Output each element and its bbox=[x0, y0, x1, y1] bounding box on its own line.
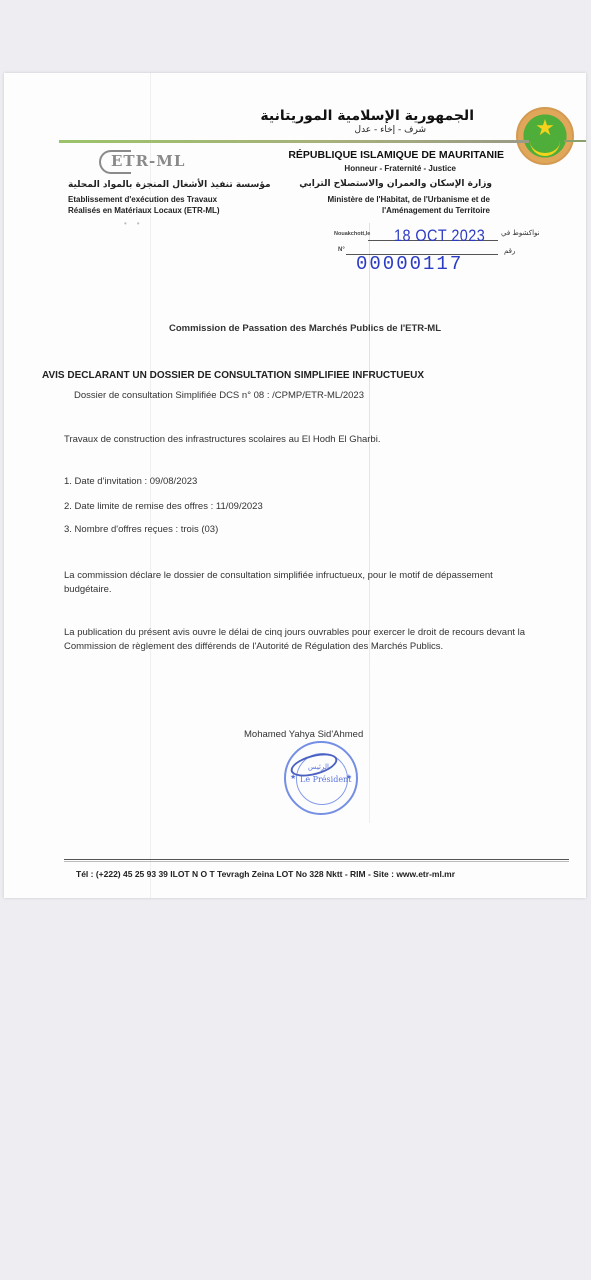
number-label: N° bbox=[338, 247, 345, 253]
motto-fr: Honneur - Fraternité - Justice bbox=[344, 164, 456, 173]
logo-text: ETR-ML bbox=[111, 152, 185, 170]
works-object: Travaux de construction des infrastructu… bbox=[64, 434, 380, 445]
document-page: الجمهورية الإسلامية الموريتانية شرف - إخ… bbox=[4, 73, 586, 898]
list-item-deadline: 2. Date limite de remise des offres : 11… bbox=[64, 501, 263, 512]
list-item-invitation-date: 1. Date d'invitation : 09/08/2023 bbox=[64, 476, 197, 487]
republic-name-fr: RÉPUBLIQUE ISLAMIQUE DE MAURITANIE bbox=[288, 149, 504, 161]
list-item-offers-count: 3. Nombre d'offres reçues : trois (03) bbox=[64, 524, 218, 535]
seal-title-fr: Le Président bbox=[300, 775, 351, 784]
republic-name-ar: الجمهورية الإسلامية الموريتانية bbox=[260, 108, 474, 124]
footer-divider-shadow bbox=[64, 861, 569, 862]
appeal-paragraph: La publication du présent avis ouvre le … bbox=[64, 626, 534, 654]
crescent-icon bbox=[530, 139, 560, 156]
issuer-name-fr: Etablissement d'exécution des Travaux Ré… bbox=[68, 194, 238, 216]
footer-divider bbox=[64, 859, 569, 860]
issuer-name-ar: مؤسسة تنفيذ الأشغال المنجزة بالمواد المح… bbox=[68, 180, 271, 190]
signer-name: Mohamed Yahya Sid'Ahmed bbox=[244, 729, 363, 740]
seal-star-icon: ★ bbox=[290, 773, 296, 781]
place-label-ar: نواكشوط في bbox=[501, 229, 540, 237]
seal-title-ar: الرئيس bbox=[308, 763, 329, 771]
official-seal-icon: الرئيس Le Président ★ ★ bbox=[284, 741, 358, 815]
seal-star-icon: ★ bbox=[346, 773, 352, 781]
date-stamp: 18 OCT 2023 bbox=[394, 226, 485, 246]
star-icon: ★ bbox=[518, 117, 572, 139]
place-label: Nouakchott,le bbox=[334, 231, 370, 237]
header-divider-end bbox=[564, 140, 586, 142]
ministry-name-fr: Ministère de l'Habitat, de l'Urbanisme e… bbox=[290, 194, 490, 216]
commission-heading: Commission de Passation des Marchés Publ… bbox=[4, 323, 586, 334]
footer-contact: Tél : (+222) 45 25 93 39 ILOT N O T Tevr… bbox=[76, 869, 455, 879]
header-divider bbox=[59, 140, 529, 143]
motto-ar: شرف - إخاء - عدل bbox=[355, 125, 426, 135]
dossier-reference: Dossier de consultation Simplifiée DCS n… bbox=[74, 390, 364, 401]
number-stamp: 00000117 bbox=[356, 253, 463, 275]
ministry-name-ar: وزارة الإسكان والعمران والاستصلاح التراب… bbox=[299, 179, 492, 189]
number-label-ar: رقم bbox=[504, 247, 515, 255]
mauritania-emblem-icon: ★ bbox=[516, 107, 574, 165]
fold-mark bbox=[369, 223, 370, 823]
etr-ml-logo: ETR-ML bbox=[99, 150, 209, 172]
decorative-dots: •• bbox=[124, 219, 150, 228]
notice-title: AVIS DECLARANT UN DOSSIER DE CONSULTATIO… bbox=[42, 370, 424, 381]
declaration-paragraph: La commission déclare le dossier de cons… bbox=[64, 569, 534, 597]
